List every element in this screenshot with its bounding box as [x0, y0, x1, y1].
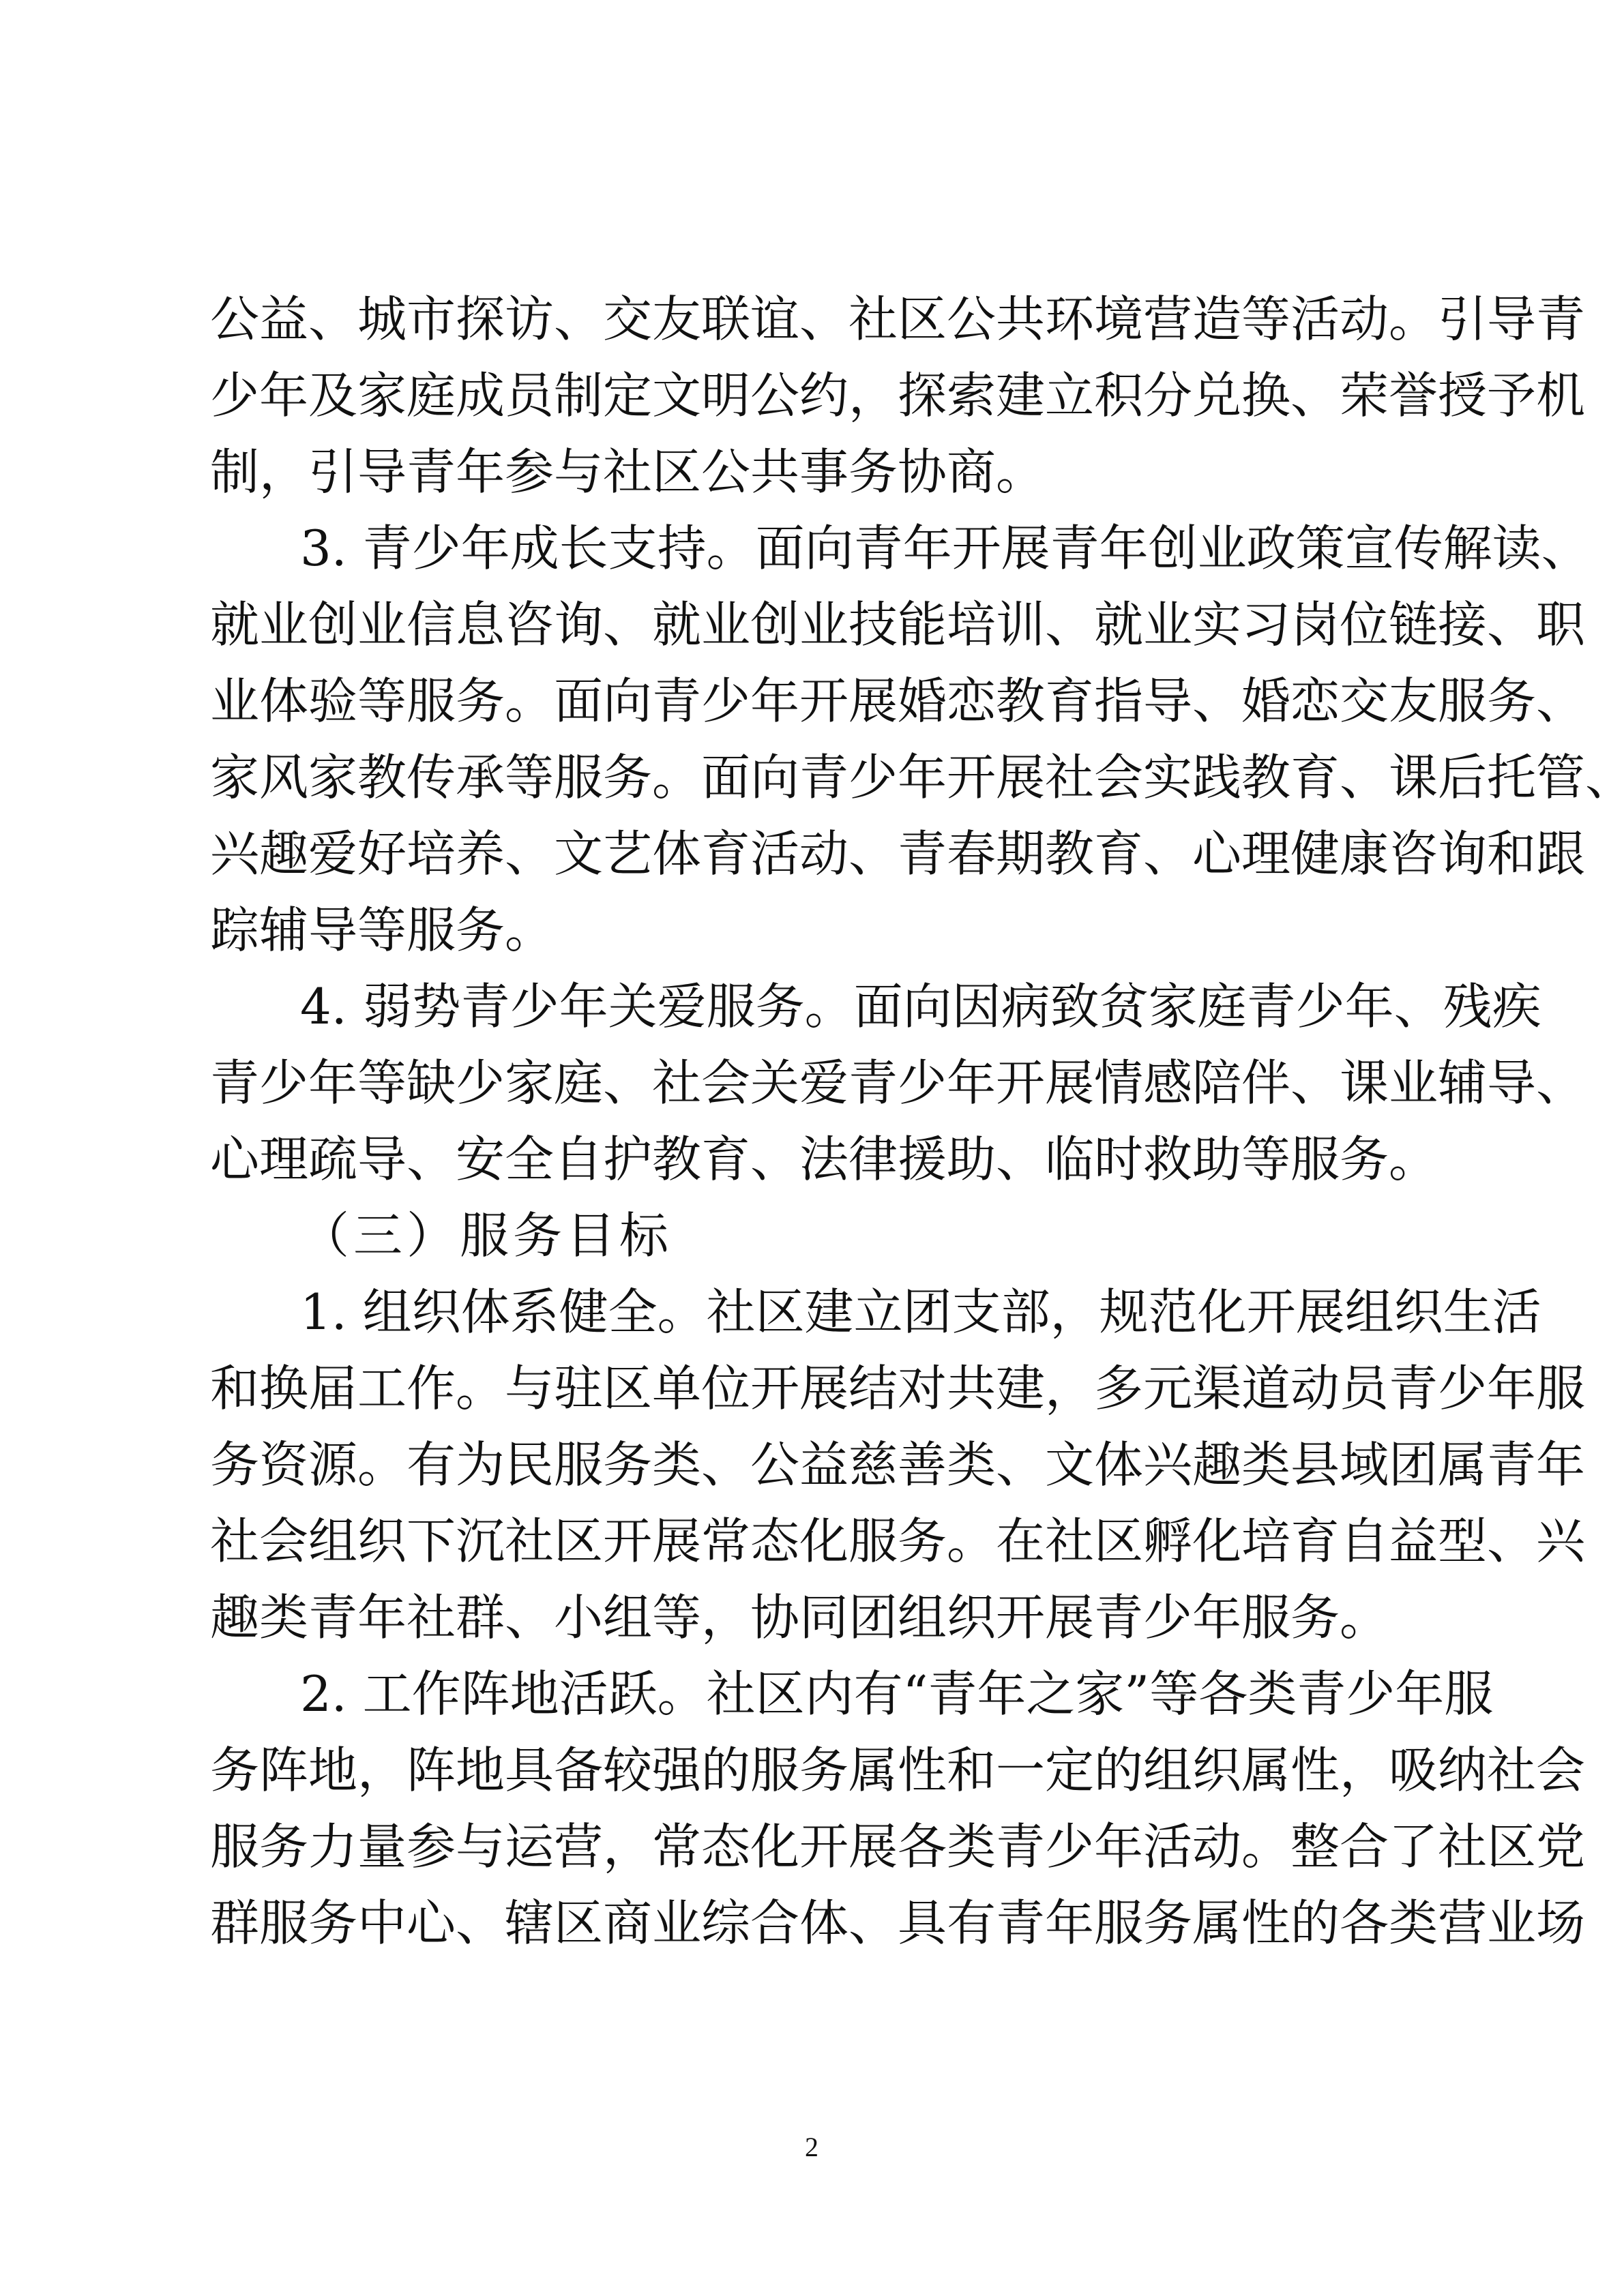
- text-line: 业体验等服务。面向青少年开展婚恋教育指导、婚恋交友服务、: [210, 663, 1417, 739]
- text-line: 就业创业信息咨询、就业创业技能培训、就业实习岗位链接、职: [210, 586, 1417, 663]
- text-line: 趣类青年社群、小组等，协同团组织开展青少年服务。: [210, 1579, 1417, 1656]
- text-line: 群服务中心、辖区商业综合体、具有青年服务属性的各类营业场: [210, 1885, 1417, 1961]
- text-line: 兴趣爱好培养、文艺体育活动、青春期教育、心理健康咨询和跟: [210, 816, 1417, 892]
- paragraph-start-4: 4. 弱势青少年关爱服务。面向因病致贫家庭青少年、残疾: [300, 968, 1417, 1045]
- text-line: 务资源。有为民服务类、公益慈善类、文体兴趣类县域团属青年: [210, 1427, 1417, 1503]
- paragraph-start-1: 1. 组织体系健全。社区建立团支部，规范化开展组织生活: [300, 1274, 1417, 1350]
- text-line: 心理疏导、安全自护教育、法律援助、临时救助等服务。: [210, 1121, 1417, 1197]
- paragraph-start-2: 2. 工作阵地活跃。社区内有“青年之家”等各类青少年服: [300, 1656, 1417, 1732]
- text-line: 踪辅导等服务。: [210, 892, 1417, 968]
- text-line: 制，引导青年参与社区公共事务协商。: [210, 434, 1417, 510]
- text-line: 和换届工作。与驻区单位开展结对共建，多元渠道动员青少年服: [210, 1350, 1417, 1427]
- paragraph-start-3: 3. 青少年成长支持。面向青年开展青年创业政策宣传解读、: [300, 510, 1417, 586]
- page-number: 2: [791, 2131, 832, 2163]
- text-line: 青少年等缺少家庭、社会关爱青少年开展情感陪伴、课业辅导、: [210, 1045, 1417, 1121]
- document-page: 公益、城市探访、交友联谊、社区公共环境营造等活动。引导青 少年及家庭成员制定文明…: [0, 0, 1624, 2296]
- text-line: 公益、城市探访、交友联谊、社区公共环境营造等活动。引导青: [210, 281, 1417, 357]
- text-line: 务阵地，阵地具备较强的服务属性和一定的组织属性，吸纳社会: [210, 1732, 1417, 1808]
- text-line: 服务力量参与运营，常态化开展各类青少年活动。整合了社区党: [210, 1808, 1417, 1885]
- text-line: 少年及家庭成员制定文明公约，探索建立积分兑换、荣誉授予机: [210, 357, 1417, 434]
- text-line: 社会组织下沉社区开展常态化服务。在社区孵化培育自益型、兴: [210, 1503, 1417, 1579]
- section-heading: （三）服务目标: [300, 1197, 1417, 1274]
- text-line: 家风家教传承等服务。面向青少年开展社会实践教育、课后托管、: [210, 739, 1417, 816]
